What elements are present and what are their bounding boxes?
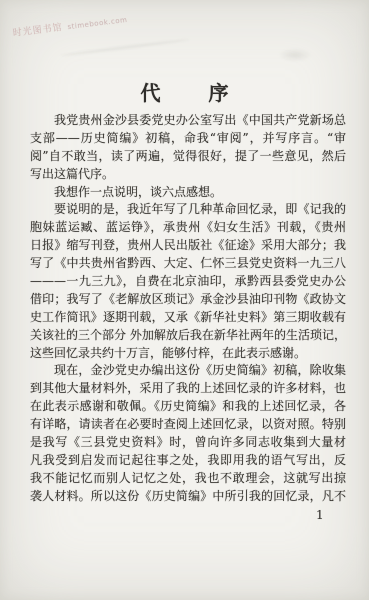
text-line: 日报》缩写刊登，贵州人民出版社《征途》采用大部分；我 — [30, 237, 346, 255]
chapter-title-char-left: 代 — [141, 77, 161, 106]
text-line: 在此表示感谢和敬佩。《历史简编》和我的上述回忆录，各 — [30, 398, 346, 416]
watermark: 时光图书馆 stimebook.com — [12, 12, 128, 39]
scan-artifact — [278, 48, 312, 62]
text-line: 有详略，请读者在必要时查阅上述回忆录，以资对照。特别 — [30, 416, 346, 434]
page-number: 1 — [316, 508, 324, 522]
text-line: 这些回忆录共约十万言，能够付梓，在此表示感谢。 — [30, 345, 346, 363]
text-line: 现在，金沙党史办编出这份《历史简编》初稿，除收集 — [30, 362, 346, 380]
text-line: ———一九三九》，自费在北京油印，承黔西县委党史办公室 — [30, 273, 346, 291]
text-line: 袭人材料。所以这份《历史简编》中所引我的回忆录，凡不 — [30, 488, 346, 506]
chapter-title: 代 序 — [0, 77, 369, 106]
text-line: 胞妹蓝运臧、蓝运铮》，承贵州《妇女生活》刊载，《贵州 — [30, 219, 346, 237]
text-line: 关该社的三个部分 外加解放后我在新华社两年的生活琐记， — [30, 327, 346, 345]
text-line: 支部——历史简编》初稿，命我“审阅”，并写序言。“审 — [30, 130, 346, 148]
scanned-page: 时光图书馆 stimebook.com 代 序 我党贵州金沙县委党史办公室写出《… — [0, 0, 369, 600]
text-line: 要说明的是，我近年写了几种革命回忆录，即《记我的 — [30, 201, 346, 219]
text-line: 凡我受到启发而记起往事之处，我即用我的语气写出，反之， — [30, 452, 346, 470]
text-line: 我不能记忆而别人记忆之处，我也不敢理会，这就写出掠 — [30, 470, 346, 488]
text-line: 是我写《三县党史资料》时，曾向许多同志收集到大量材料， — [30, 434, 346, 452]
chapter-title-char-right: 序 — [209, 77, 229, 106]
text-line: 史工作简讯》逐期刊载，又承《新华社史料》第三期收载有 — [30, 309, 346, 327]
scan-artifact — [60, 38, 189, 57]
watermark-library-name: 时光图书馆 — [12, 20, 63, 39]
text-line: 借印；我写了《老解放区琐记》承金沙县油印刊物《政协文 — [30, 291, 346, 309]
body-text-block: 我党贵州金沙县委党史办公室写出《中国共产党新场总支部——历史简编》初稿，命我“审… — [30, 112, 346, 506]
text-line: 阅”自不敢当，读了两遍，觉得很好，提了一些意见，然后 — [30, 148, 346, 166]
text-line: 我党贵州金沙县委党史办公室写出《中国共产党新场总 — [30, 112, 346, 130]
text-line: 我想作一点说明，谈六点感想。 — [30, 184, 346, 202]
text-line: 到其他大量材料外，采用了我的上述回忆录的许多材料，也 — [30, 380, 346, 398]
text-line: 写了《中共贵州省黔西、大定、仁怀三县党史资料一九三八 — [30, 255, 346, 273]
watermark-site-text: stimebook.com — [67, 16, 128, 31]
text-line: 写出这篇代序。 — [30, 166, 346, 184]
